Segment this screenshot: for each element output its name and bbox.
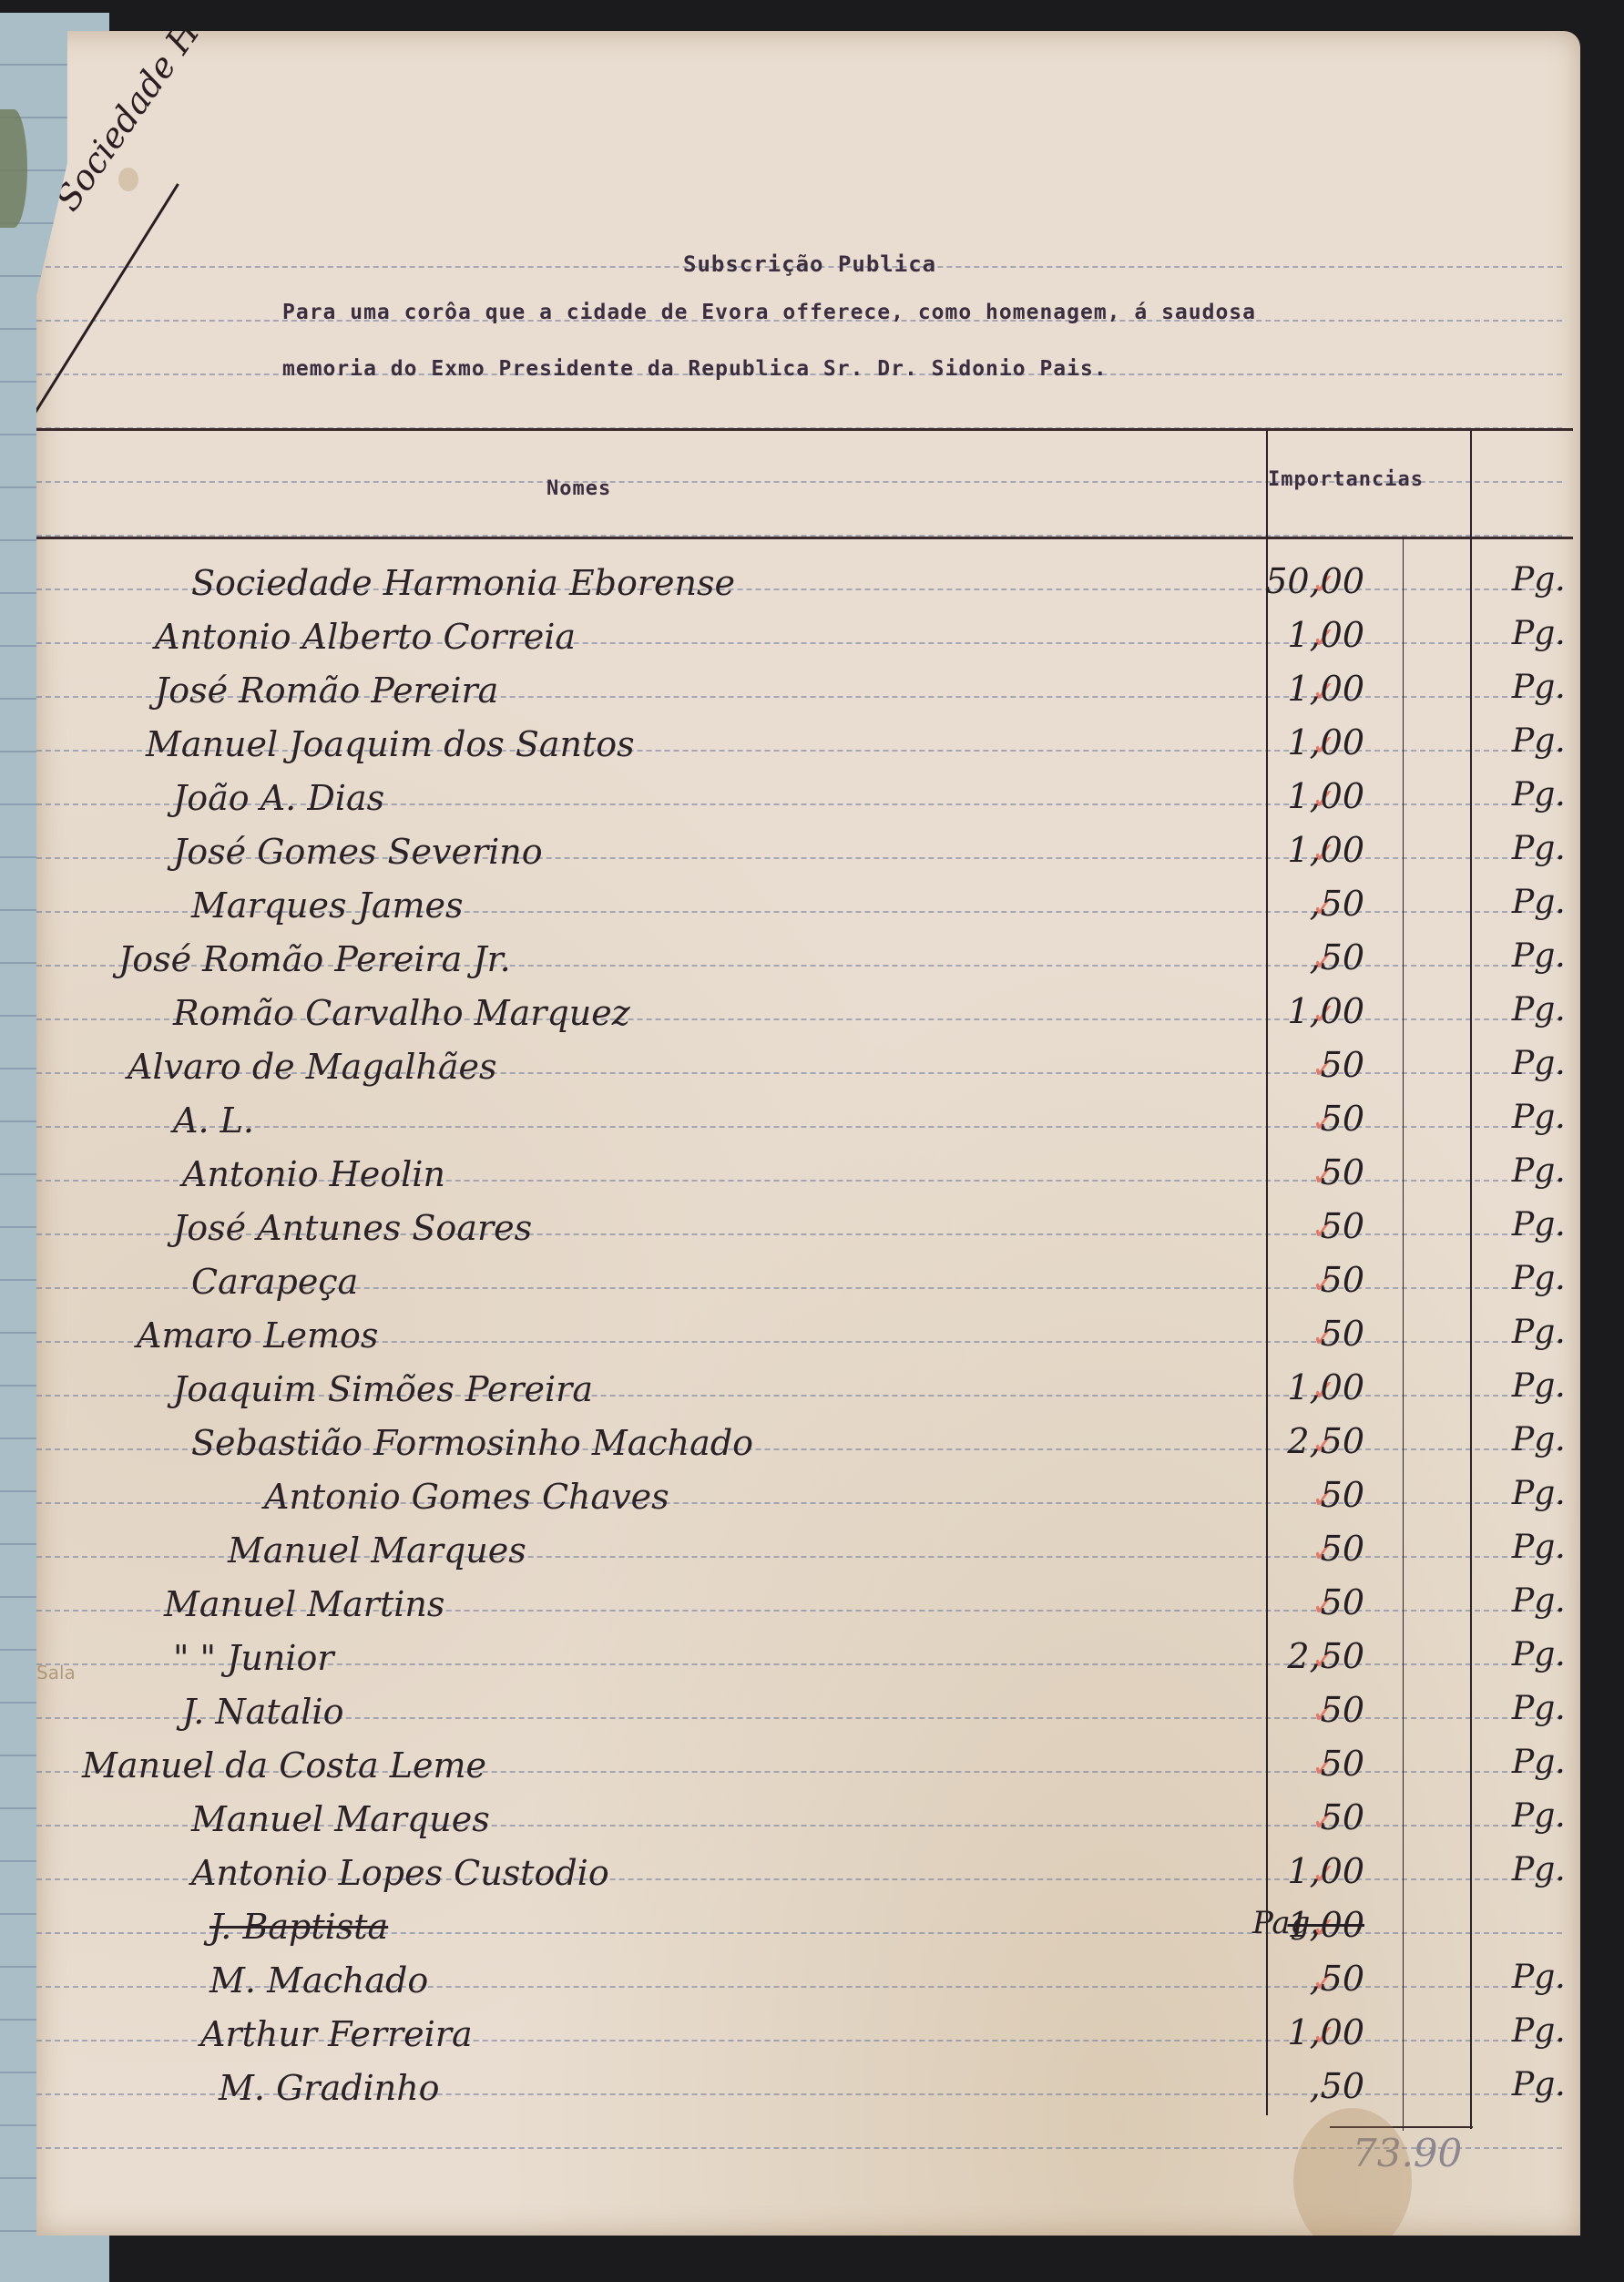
entry-row: Alvaro de Magalhães✓50Pg. (36, 1043, 1580, 1094)
entry-name: Manuel Martins (164, 1584, 444, 1624)
entry-amount: ,50 (1310, 2066, 1364, 2106)
entry-paid-note: Pg. (1512, 1690, 1566, 1727)
entry-row: Manuel Marques✓50Pg. (36, 1527, 1580, 1578)
entry-amount: 50 (1321, 1475, 1364, 1515)
entry-paid-note: Pg. (1512, 1260, 1566, 1297)
entry-row: Joaquim Simões Pereira✓1,00Pg. (36, 1366, 1580, 1417)
entry-name: José Romão Pereira (155, 670, 498, 711)
header-top-rule (36, 428, 1573, 431)
entry-name: J. Baptista (209, 1907, 388, 1947)
entry-row: Arthur Ferreira✓1,00Pg. (36, 2011, 1580, 2062)
entry-name: Antonio Alberto Correia (155, 617, 576, 657)
entry-name: Carapeça (191, 1262, 358, 1302)
entry-name: M. Machado (209, 1960, 428, 2001)
entry-row: Romão Carvalho Marquez✓1,00Pg. (36, 989, 1580, 1040)
entry-row: Antonio Lopes Custodio✓1,00Pg. (36, 1849, 1580, 1900)
entry-paid-note: Pg. (1512, 1152, 1566, 1190)
entry-name: Sebastião Formosinho Machado (191, 1423, 753, 1463)
entry-paid-note: Pg. (1512, 1582, 1566, 1620)
entry-row: José Gomes Severino✓1,00Pg. (36, 828, 1580, 879)
entry-amount: 50 (1321, 1099, 1364, 1139)
entry-amount: 50 (1321, 1690, 1364, 1730)
entry-name: Amaro Lemos (137, 1315, 378, 1356)
header-bottom-rule (36, 537, 1573, 539)
entry-amount: ,50 (1310, 937, 1364, 977)
entry-name: Antonio Lopes Custodio (191, 1853, 609, 1893)
entry-paid-note: Pg. (1512, 991, 1566, 1028)
entry-name: Alvaro de Magalhães (128, 1047, 497, 1087)
entry-row: J. Natalio✓50Pg. (36, 1688, 1580, 1739)
entry-row: Marques James✓,50Pg. (36, 882, 1580, 933)
column-header-amounts: Importancias (1268, 468, 1424, 491)
entry-row: Carapeça✓50Pg. (36, 1258, 1580, 1309)
entry-row: Antonio Gomes Chaves✓50Pg. (36, 1473, 1580, 1524)
entry-paid-note: Pg. (1512, 669, 1566, 706)
document-subtitle-line-2: memoria do Exmo Presidente da Republica … (282, 357, 1108, 381)
entry-paid-note: Pg. (1512, 1636, 1566, 1673)
entry-amount: 1,00 (1287, 1905, 1364, 1945)
entry-amount: 1,00 (1287, 2012, 1364, 2052)
entry-row: Manuel Martins✓50Pg. (36, 1581, 1580, 1632)
entry-name: Manuel Marques (228, 1530, 526, 1571)
entry-name: José Antunes Soares (173, 1208, 532, 1248)
entry-paid-note: Pg. (1512, 830, 1566, 867)
entry-paid-note: Pg. (1512, 1529, 1566, 1566)
entry-name: A. L. (173, 1100, 254, 1141)
entry-amount: 50 (1321, 1045, 1364, 1085)
entry-row: Antonio Heolin✓50Pg. (36, 1151, 1580, 1202)
entry-amount: 2,50 (1287, 1636, 1364, 1676)
document-title: Subscrição Publica (683, 251, 936, 277)
entry-paid-note: Pg. (1512, 1206, 1566, 1243)
entry-paid-note: Pg. (1512, 1099, 1566, 1136)
entry-amount: 50 (1321, 1582, 1364, 1622)
entry-amount: 50 (1321, 1260, 1364, 1300)
entry-amount: 1,00 (1287, 615, 1364, 655)
entry-row: " " Junior✓2,50Pg. (36, 1634, 1580, 1685)
entry-row: Sebastião Formosinho Machado✓2,50Pg. (36, 1419, 1580, 1470)
entry-amount: 2,50 (1287, 1421, 1364, 1461)
entry-name: Romão Carvalho Marquez (173, 993, 630, 1033)
entry-amount: 50 (1321, 1206, 1364, 1246)
entry-amount: 50 (1321, 1744, 1364, 1784)
entry-row: Antonio Alberto Correia✓1,00Pg. (36, 613, 1580, 664)
entry-amount: 1,00 (1287, 991, 1364, 1031)
entry-amount: 1,00 (1287, 722, 1364, 762)
entry-row: José Antunes Soares✓50Pg. (36, 1204, 1580, 1255)
corner-stamp: Sociedade Harmonia (47, 0, 291, 218)
entry-amount: 50 (1321, 1152, 1364, 1192)
entry-name: Joaquim Simões Pereira (173, 1369, 593, 1409)
entry-paid-note: Pg. (1512, 1744, 1566, 1781)
entry-name: João A. Dias (173, 778, 384, 818)
entry-name: Arthur Ferreira (200, 2014, 473, 2054)
entry-amount: 1,00 (1287, 1851, 1364, 1891)
entry-name: " " Junior (173, 1638, 334, 1678)
entry-name: Manuel Marques (191, 1799, 490, 1839)
entry-amount: 1,00 (1287, 669, 1364, 709)
entry-paid-note: Pg. (1512, 615, 1566, 652)
entry-row: Manuel Marques✓50Pg. (36, 1796, 1580, 1847)
margin-label: Sala (36, 1662, 76, 1683)
entry-name: Antonio Gomes Chaves (264, 1477, 669, 1517)
entry-paid-note: Pg. (1512, 937, 1566, 975)
entry-name: M. Gradinho (219, 2068, 440, 2108)
entry-amount: 50 (1321, 1529, 1364, 1569)
entry-row: M. Machado✓,50Pg. (36, 1957, 1580, 2008)
entry-row: Amaro Lemos✓50Pg. (36, 1312, 1580, 1363)
entry-paid-note: Pg. (1512, 2012, 1566, 2050)
entry-name: Antonio Heolin (182, 1154, 445, 1194)
entry-row: A. L.✓50Pg. (36, 1097, 1580, 1148)
document-subtitle-line-1: Para uma corôa que a cidade de Evora off… (282, 301, 1256, 324)
entry-name: Sociedade Harmonia Eborense (191, 563, 735, 603)
entry-row: Sociedade Harmonia Eborense✓50,00Pg. (36, 559, 1580, 610)
entry-row: Manuel da Costa Leme✓50Pg. (36, 1742, 1580, 1793)
entry-paid-note: Pg. (1512, 1959, 1566, 1996)
entry-name: José Gomes Severino (173, 832, 543, 872)
entry-row: Manuel Joaquim dos Santos✓1,00Pg. (36, 721, 1580, 772)
entry-amount: 50,00 (1265, 561, 1364, 601)
entry-paid-note: Pg. (1512, 1314, 1566, 1351)
entry-paid-note: Pg. (1512, 1421, 1566, 1458)
entry-name: Manuel da Costa Leme (82, 1745, 486, 1786)
entry-paid-note: Pg. (1512, 884, 1566, 921)
entry-paid-note: Pg. (1512, 1851, 1566, 1888)
entry-paid-note: Pg. (1512, 1367, 1566, 1405)
stain (118, 168, 138, 191)
entry-amount: 50 (1321, 1314, 1364, 1354)
entry-name: Marques James (191, 885, 464, 926)
entry-paid-note: Pg. (1512, 776, 1566, 814)
stain (0, 109, 27, 228)
entry-amount: 1,00 (1287, 1367, 1364, 1407)
entry-row: João A. Dias✓1,00Pg. (36, 774, 1580, 825)
entry-row: José Romão Pereira✓1,00Pg. (36, 667, 1580, 718)
entry-row: J. BaptistaPag.✓1,00 (36, 1903, 1580, 1954)
entry-name: José Romão Pereira Jr. (118, 939, 511, 979)
entry-paid-note: Pg. (1512, 722, 1566, 760)
entry-amount: ,50 (1310, 884, 1364, 924)
entry-paid-note: Pg. (1512, 561, 1566, 599)
entry-row: José Romão Pereira Jr.✓,50Pg. (36, 936, 1580, 987)
entry-amount: 50 (1321, 1797, 1364, 1837)
entry-paid-note: Pg. (1512, 1475, 1566, 1512)
entry-amount: 1,00 (1287, 830, 1364, 870)
entry-name: Manuel Joaquim dos Santos (146, 724, 635, 764)
stain (1293, 2108, 1412, 2254)
entry-amount: 1,00 (1287, 776, 1364, 816)
column-header-names: Nomes (546, 477, 611, 500)
entry-name: J. Natalio (182, 1692, 343, 1732)
entry-amount: ,50 (1310, 1959, 1364, 1999)
entry-paid-note: Pg. (1512, 1045, 1566, 1082)
subscription-sheet: Sociedade Harmonia Subscrição Publica Pa… (36, 31, 1580, 2236)
entry-paid-note: Pg. (1512, 2066, 1566, 2103)
entry-paid-note: Pg. (1512, 1797, 1566, 1835)
